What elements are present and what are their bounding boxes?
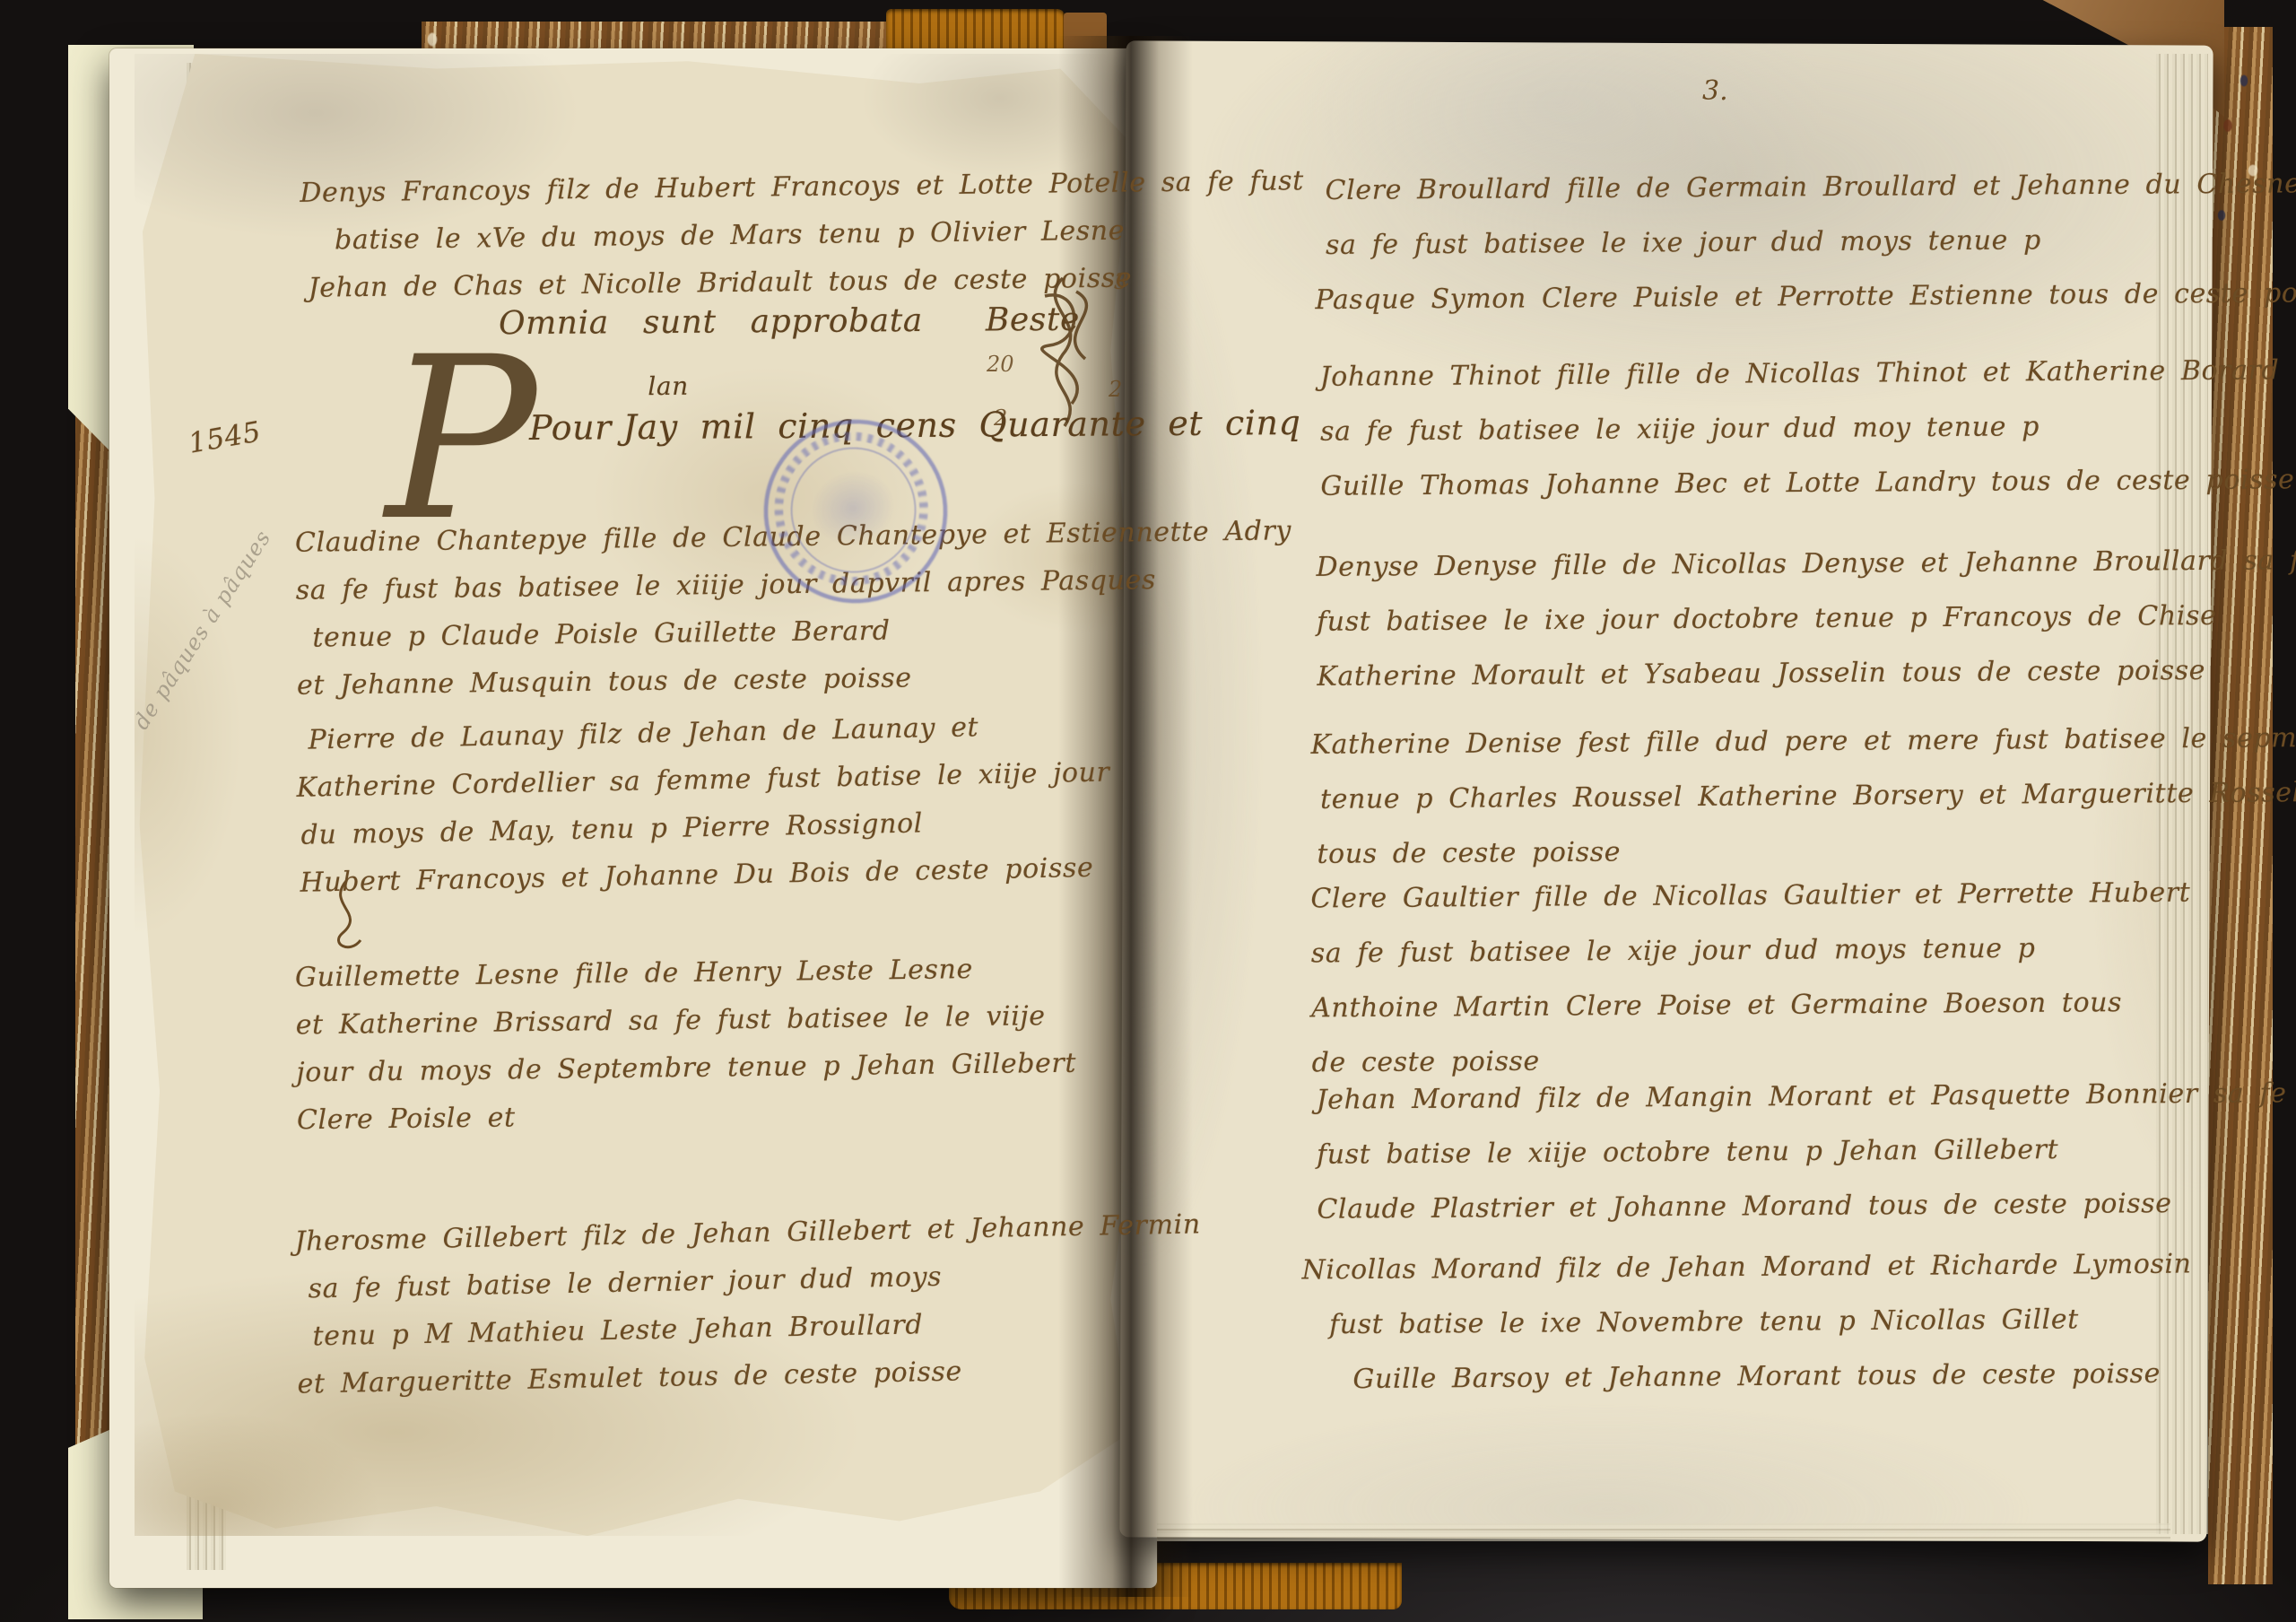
record-line: Guille Thomas Johanne Bec et Lotte Landr…: [1320, 452, 2294, 514]
record-line: sa fe fust batisee le xiije jour dud moy…: [1320, 397, 2294, 459]
page-number: 3.: [1702, 75, 1728, 107]
record-line: Guille Barsoy et Jehanne Morant tous de …: [1352, 1347, 2192, 1408]
record-line: Clere Gaultier fille de Nicollas Gaultie…: [1310, 866, 2190, 927]
year-heading-prefix: Pour: [529, 407, 612, 448]
record-line: Jehan Morand filz de Mangin Morant et Pa…: [1316, 1066, 2286, 1128]
approbation-note: Omnia sunt approbataBeste: [499, 301, 1080, 343]
paraph-numeral: 3: [1114, 269, 1127, 294]
baptism-record: Johanne Thinot fille fille de Nicollas T…: [1319, 343, 2294, 514]
baptism-record: Jehan Morand filz de Mangin Morant et Pa…: [1316, 1066, 2287, 1237]
baptism-record: Pierre de Launay filz de Jehan de Launay…: [308, 701, 1112, 906]
paraph-numeral: 20: [987, 352, 1014, 377]
photo-background: Denys Francoys filz de Hubert Francoys e…: [0, 0, 2296, 1622]
record-line: Denyse Denyse fille de Nicollas Denyse e…: [1316, 533, 2296, 595]
record-line: Pasque Symon Clere Puisle et Perrotte Es…: [1315, 266, 2296, 327]
record-line: Anthoine Martin Clere Poise et Germaine …: [1311, 975, 2191, 1036]
baptism-record: Clere Gaultier fille de Nicollas Gaultie…: [1310, 866, 2192, 1091]
baptism-record: Guillemette Lesne fille de Henry Leste L…: [295, 945, 1077, 1145]
baptism-record: Clere Broullard fille de Germain Broulla…: [1325, 156, 2296, 327]
record-line: Nicollas Morand filz de Jehan Morand et …: [1301, 1237, 2191, 1298]
record-line: Clere Broullard fille de Germain Broulla…: [1325, 156, 2296, 218]
year-heading-rest: Jay mil cinq cens Quarante et cinq: [622, 403, 1300, 447]
record-line: fust batise le xiije octobre tenu p Jeha…: [1317, 1121, 2287, 1182]
baptism-record: Denys Francoys filz de Hubert Francoys e…: [300, 157, 1305, 312]
record-line: Claude Plastrier et Johanne Morand tous …: [1317, 1175, 2287, 1237]
year-heading-initial: P: [386, 359, 537, 520]
baptism-record: Nicollas Morand filz de Jehan Morand et …: [1301, 1237, 2192, 1408]
record-line: sa fe fust batisee le xije jour dud moys…: [1311, 920, 2191, 981]
record-line: Clere Poisle et: [297, 1087, 1077, 1145]
right-page-bottom-edge-stack: [1157, 1523, 2170, 1541]
record-line: sa fe fust batisee le ixe jour dud moys …: [1326, 211, 2296, 273]
year-heading-superscript: lan: [648, 371, 689, 401]
record-line: jour du moys de Septembre tenue p Jehan …: [296, 1040, 1076, 1097]
record-line: fust batisee le ixe jour doctobre tenue …: [1317, 588, 2296, 650]
record-line: fust batise le ixe Novembre tenu p Nicol…: [1329, 1292, 2192, 1353]
record-line: tenue p Charles Roussel Katherine Borser…: [1320, 765, 2296, 827]
record-line: Johanne Thinot fille fille de Nicollas T…: [1319, 343, 2293, 405]
baptism-record: Katherine Denise fest fille dud pere et …: [1310, 711, 2296, 882]
headband-top: [886, 9, 1065, 50]
baptism-record: Denyse Denyse fille de Nicollas Denyse e…: [1316, 533, 2296, 704]
paraph-numeral: 2: [1109, 377, 1122, 402]
record-line: Katherine Morault et Ysabeau Josselin to…: [1317, 642, 2296, 704]
baptism-record: Jherosme Gillebert filz de Jehan Gillebe…: [294, 1200, 1204, 1408]
record-paraph-icon: [319, 877, 373, 958]
approbation-latin: Omnia sunt approbata: [499, 302, 923, 342]
record-line: Katherine Denise fest fille dud pere et …: [1310, 711, 2296, 772]
